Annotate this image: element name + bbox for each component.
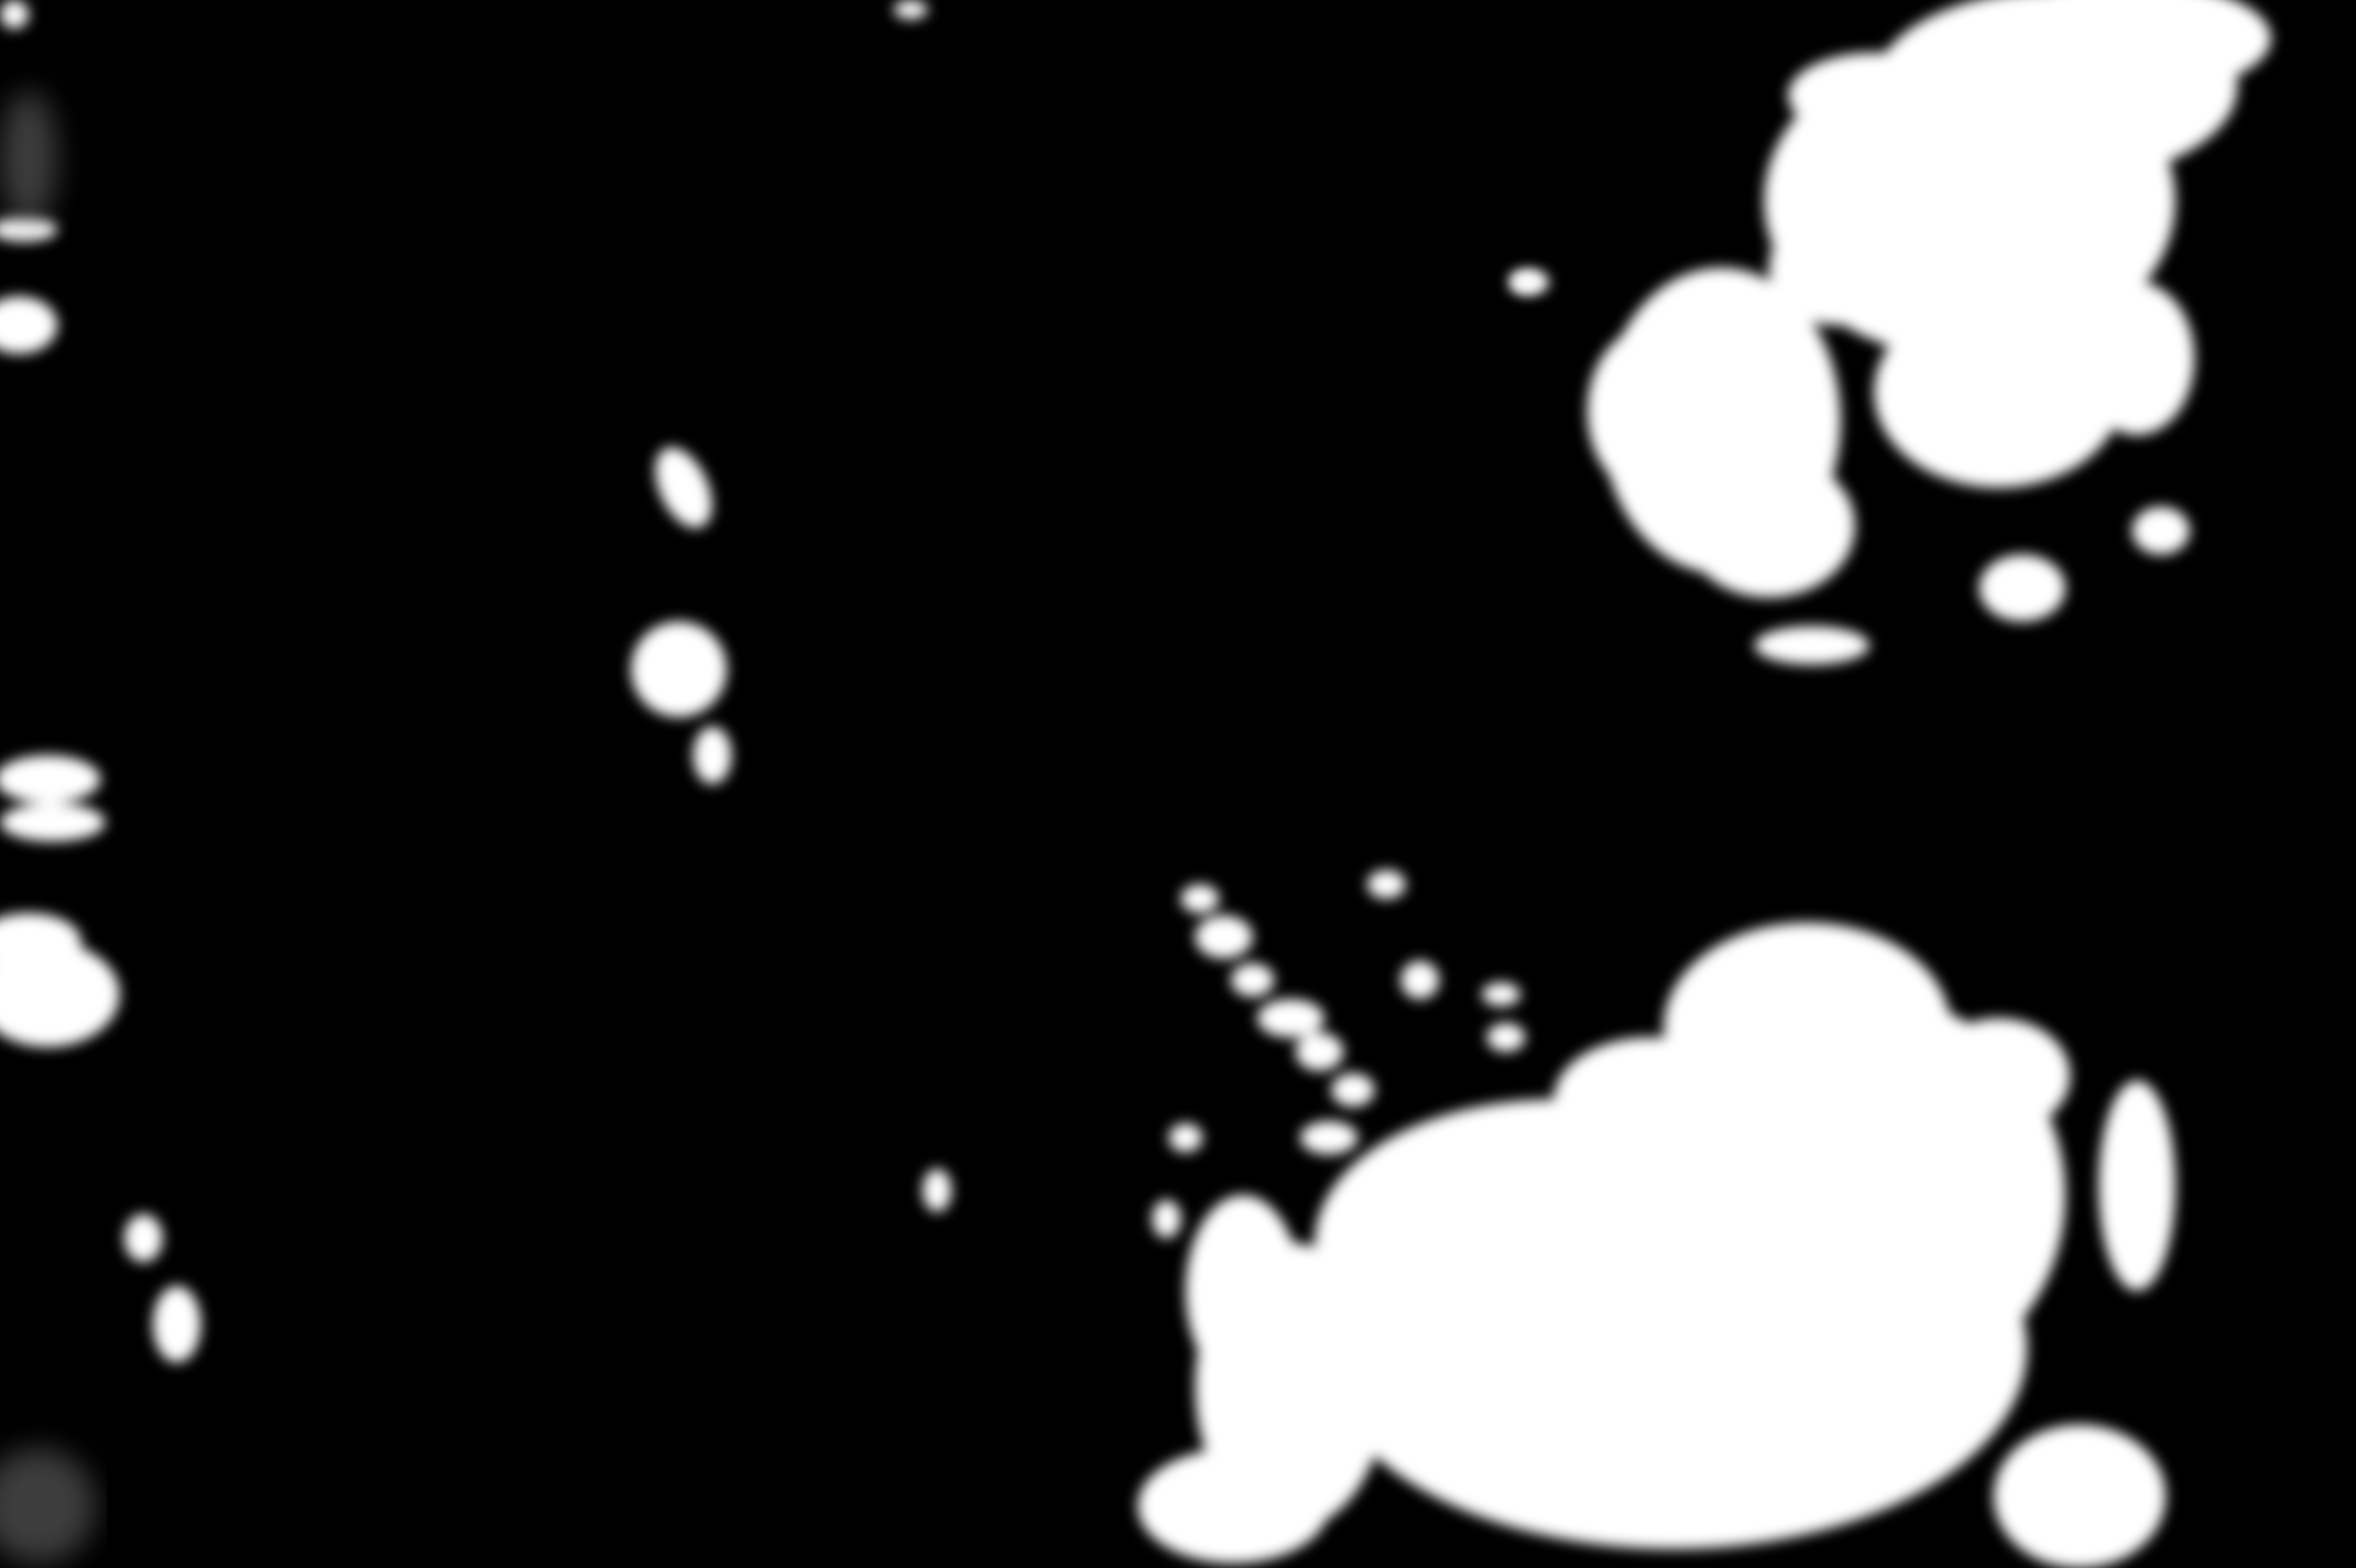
satellite-cloud-image (0, 0, 2356, 1568)
